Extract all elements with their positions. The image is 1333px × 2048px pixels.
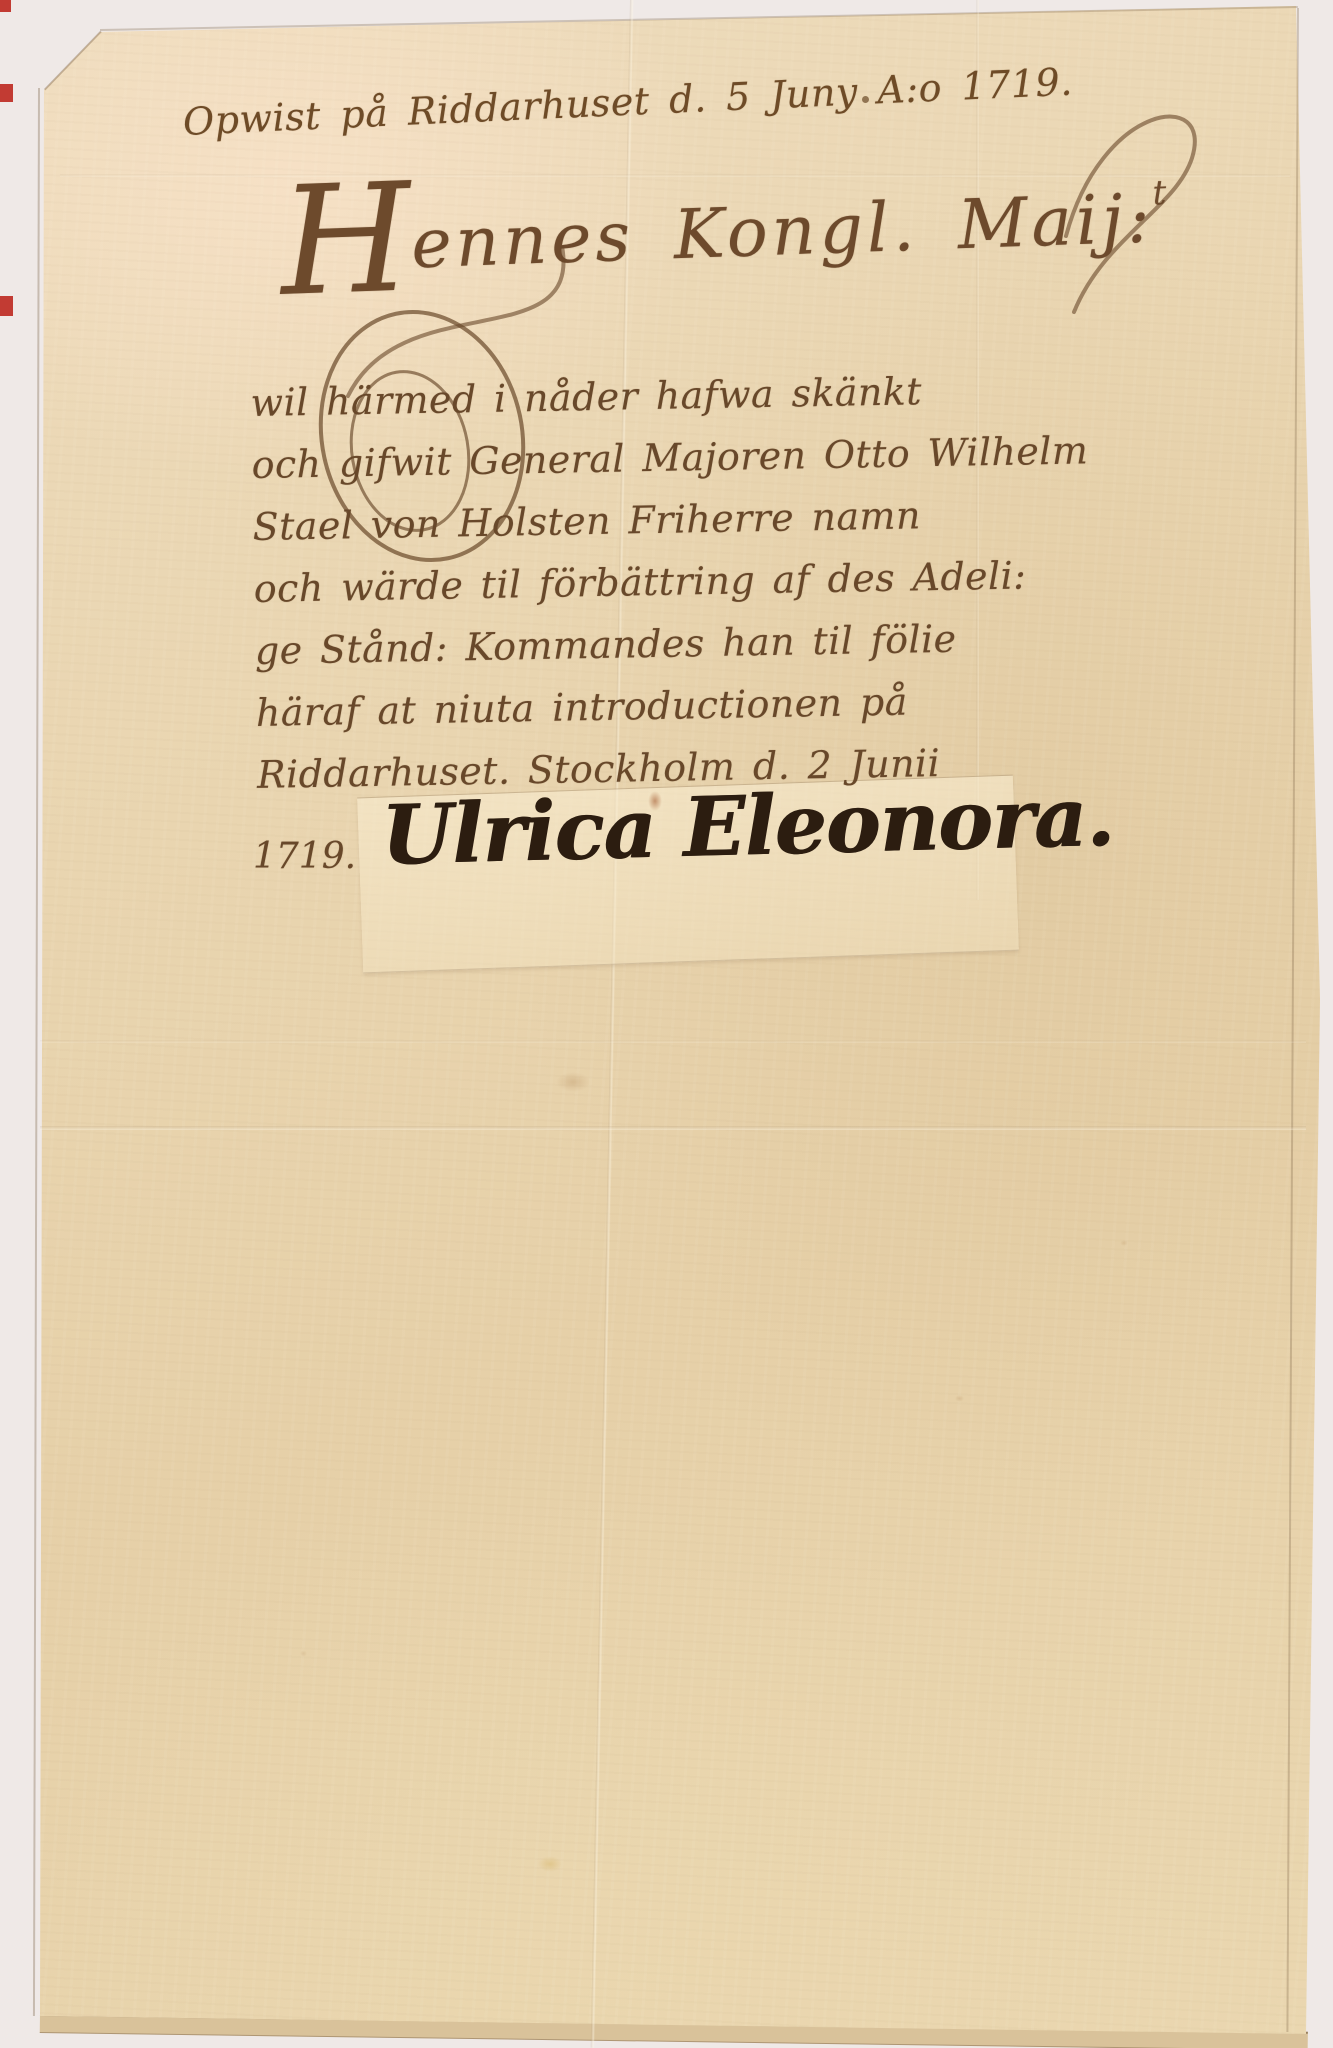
red-edge-mark xyxy=(0,296,13,316)
paper-left-edge xyxy=(33,88,40,2016)
red-edge-mark xyxy=(0,0,11,12)
faint-stain xyxy=(556,1072,590,1092)
red-edge-mark xyxy=(0,84,13,102)
pen-swash-flourish xyxy=(1042,86,1252,326)
horizontal-fold-crease-faint xyxy=(40,1040,1306,1043)
foxing-spot xyxy=(1120,1240,1128,1246)
foxing-spot xyxy=(300,1650,307,1657)
letter-body: wil härmed i nåder hafwa skänkt och gifw… xyxy=(250,358,1077,806)
foxing-spot xyxy=(955,1395,964,1402)
scanned-document-page: Opwist på Riddarhuset d. 5 Juny A:o 1719… xyxy=(0,0,1333,2048)
date-year: 1719. xyxy=(253,836,356,877)
royal-signature: Ulrica Eleonora. xyxy=(380,769,1115,884)
yellow-stain xyxy=(538,1856,562,1872)
horizontal-fold-crease xyxy=(40,1126,1306,1130)
